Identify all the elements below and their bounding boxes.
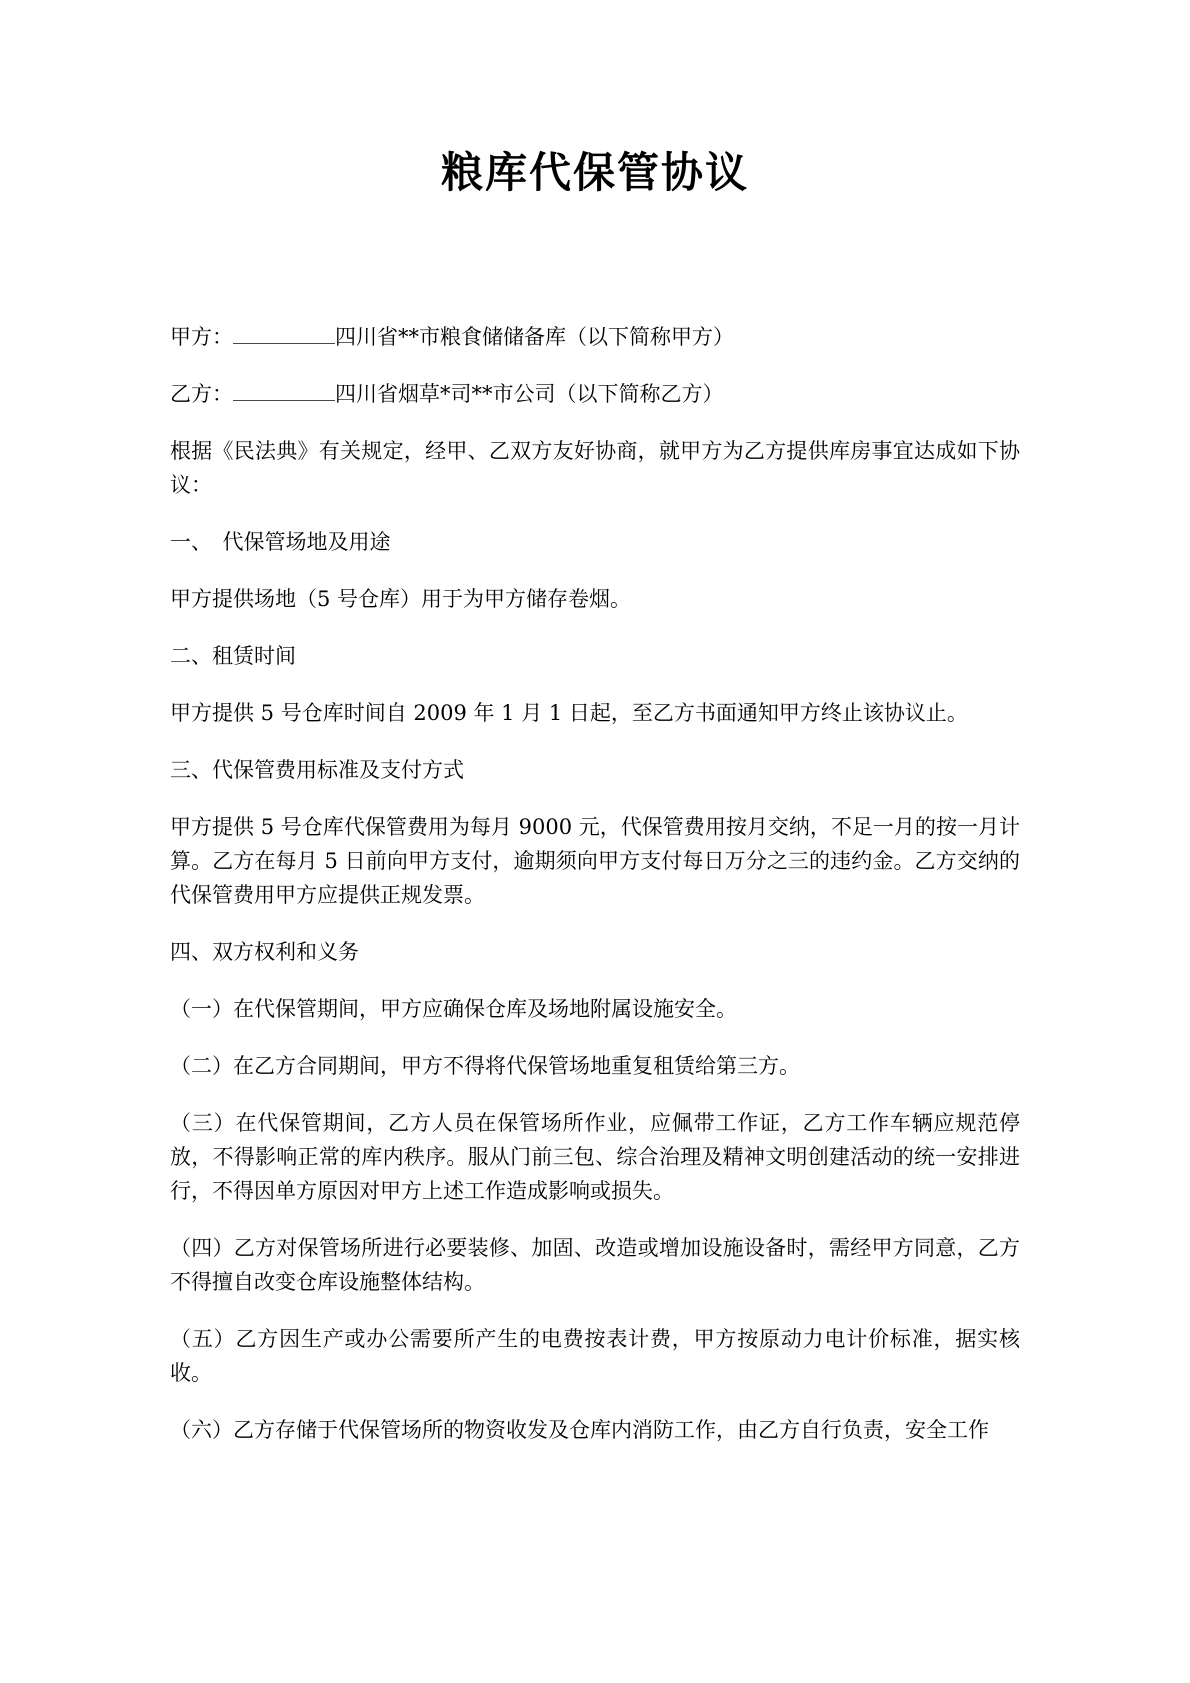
section-4-item-5: （五）乙方因生产或办公需要所产生的电费按表计费，甲方按原动力电计价标准，据实核收…	[170, 1322, 1020, 1390]
section-4-item-3: （三）在代保管期间，乙方人员在保管场所作业，应佩带工作证，乙方工作车辆应规范停放…	[170, 1106, 1020, 1208]
section-3-heading: 三、代保管费用标准及支付方式	[170, 753, 1020, 787]
section-2-heading: 二、租赁时间	[170, 639, 1020, 673]
section-4-item-6: （六）乙方存储于代保管场所的物资收发及仓库内消防工作，由乙方自行负责，安全工作	[170, 1413, 1020, 1447]
party-b-line: 乙方：四川省烟草*司**市公司（以下简称乙方）	[170, 377, 1020, 411]
section-4-item-2: （二）在乙方合同期间，甲方不得将代保管场地重复租赁给第三方。	[170, 1049, 1020, 1083]
party-b-blank-underline	[233, 379, 335, 401]
party-b-name: 四川省烟草*司**市公司（以下简称乙方）	[335, 382, 724, 406]
section-3-paragraph-1: 甲方提供 5 号仓库代保管费用为每月 9000 元，代保管费用按月交纳，不足一月…	[170, 810, 1020, 912]
section-4-heading: 四、双方权利和义务	[170, 935, 1020, 969]
section-2-paragraph-1: 甲方提供 5 号仓库时间自 2009 年 1 月 1 日起，至乙方书面通知甲方终…	[170, 696, 1020, 730]
section-1-paragraph-1: 甲方提供场地（5 号仓库）用于为甲方储存卷烟。	[170, 582, 1020, 616]
party-a-label: 甲方：	[170, 325, 233, 349]
document-page: 粮库代保管协议 甲方：四川省**市粮食储储备库（以下简称甲方） 乙方：四川省烟草…	[0, 0, 1190, 1683]
party-b-label: 乙方：	[170, 382, 233, 406]
section-1-heading: 一、 代保管场地及用途	[170, 525, 1020, 559]
preamble-paragraph: 根据《民法典》有关规定，经甲、乙双方友好协商，就甲方为乙方提供库房事宜达成如下协…	[170, 434, 1020, 502]
section-4-item-1: （一）在代保管期间，甲方应确保仓库及场地附属设施安全。	[170, 992, 1020, 1026]
party-a-blank-underline	[233, 322, 335, 344]
party-a-line: 甲方：四川省**市粮食储储备库（以下简称甲方）	[170, 320, 1020, 354]
section-4-item-4: （四）乙方对保管场所进行必要装修、加固、改造或增加设施设备时，需经甲方同意，乙方…	[170, 1231, 1020, 1299]
document-title: 粮库代保管协议	[170, 148, 1020, 198]
party-a-name: 四川省**市粮食储储备库（以下简称甲方）	[335, 325, 734, 349]
